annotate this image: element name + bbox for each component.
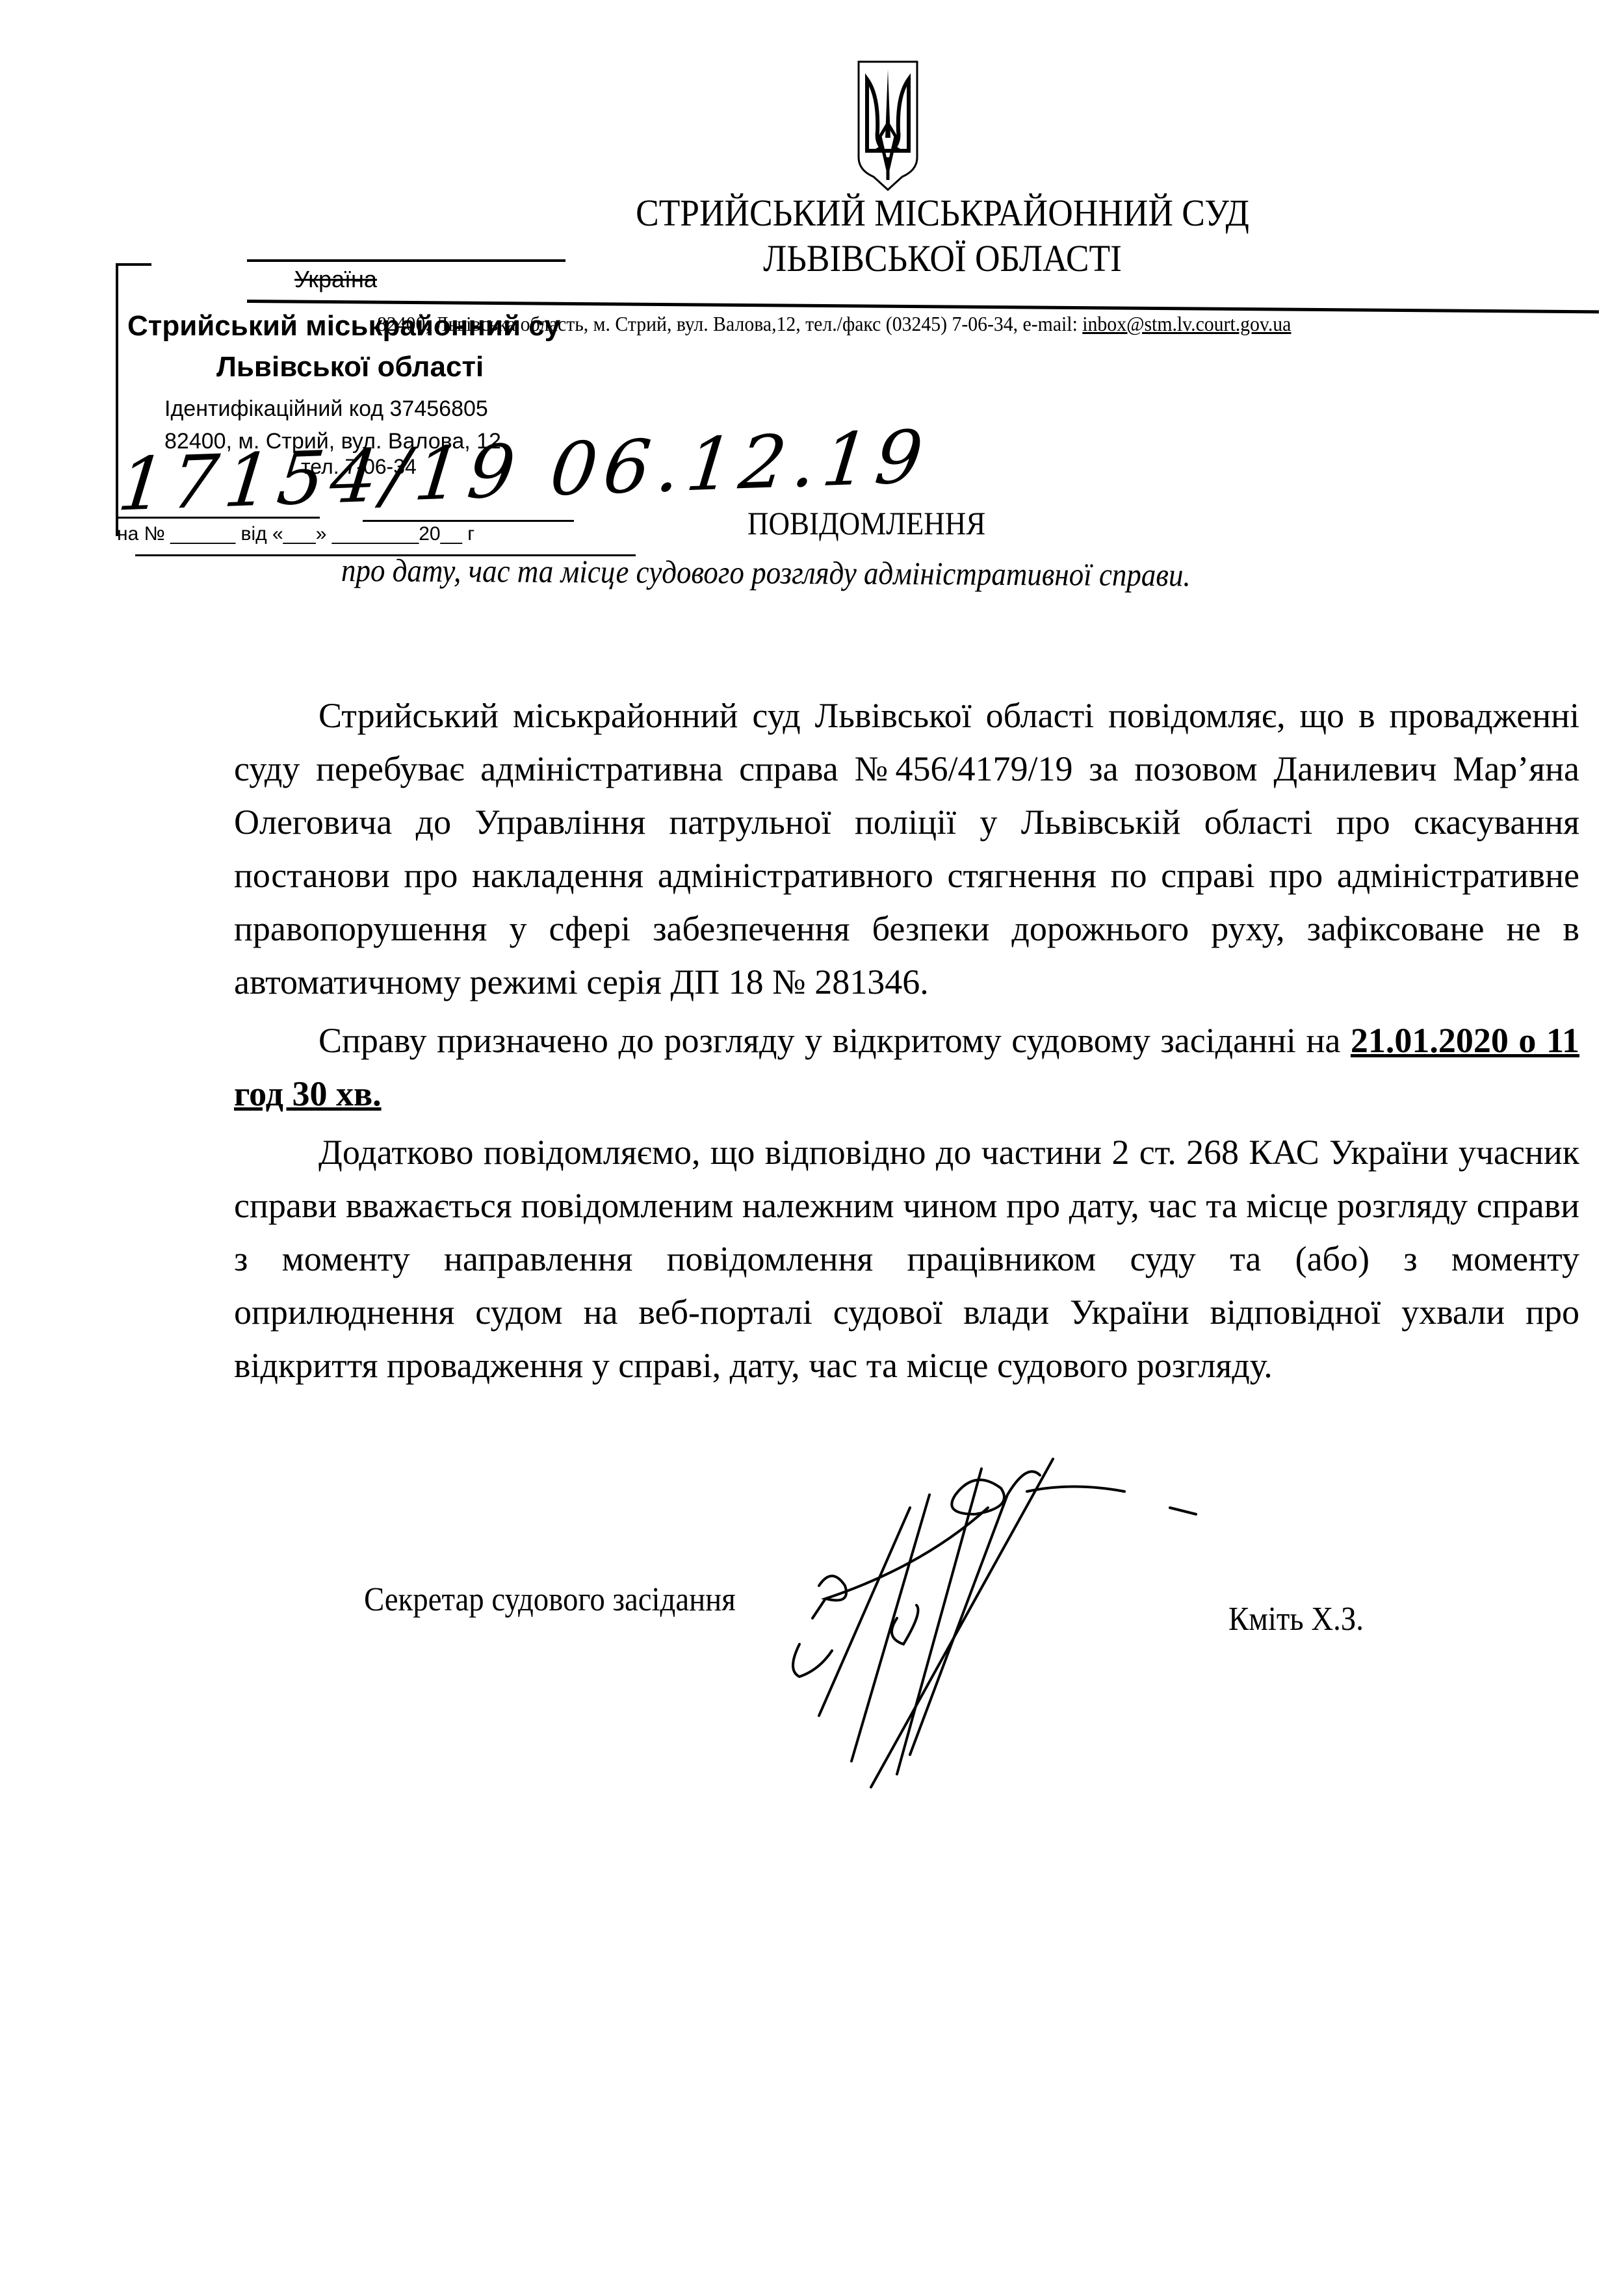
body-paragraph-case: Стрийський міськрайонний суд Львівської … — [234, 689, 1579, 1009]
body-paragraph-notification: Додатково повідомляємо, що відповідно до… — [234, 1126, 1579, 1392]
stamp-id-code: Ідентифікаційний код 37456805 — [164, 396, 488, 422]
stamp-border-top — [116, 263, 151, 266]
trident-coat-of-arms-icon — [857, 60, 919, 193]
stamp-country: Україна — [294, 266, 377, 293]
body-paragraph-hearing: Справу призначено до розгляду у відкрито… — [234, 1014, 1579, 1120]
hearing-text: Справу призначено до розгляду у відкрито… — [318, 1021, 1351, 1060]
stamp-court-name: Стрийський міськрайонний су — [127, 310, 560, 342]
stamp-date-line — [363, 520, 574, 522]
notice-title: ПОВІДОМЛЕННЯ — [747, 504, 985, 542]
notice-body: Стрийський міськрайонний суд Львівської … — [234, 689, 1579, 1397]
stamp-reference-line: на № ______ від «___» ________20__ г — [117, 523, 474, 545]
court-email-link[interactable]: inbox@stm.lv.court.gov.ua — [1082, 312, 1291, 335]
signatory-role: Секретар судового засідання — [364, 1580, 736, 1619]
stamp-region: Львівської області — [216, 351, 484, 383]
notice-subtitle: про дату, час та місце судового розгляду… — [341, 551, 1191, 594]
signatory-name: Кміть Х.З. — [1228, 1600, 1364, 1638]
court-name-line1: СТРИЙСЬКИЙ МІСЬКРАЙОННИЙ СУД — [494, 190, 1391, 236]
